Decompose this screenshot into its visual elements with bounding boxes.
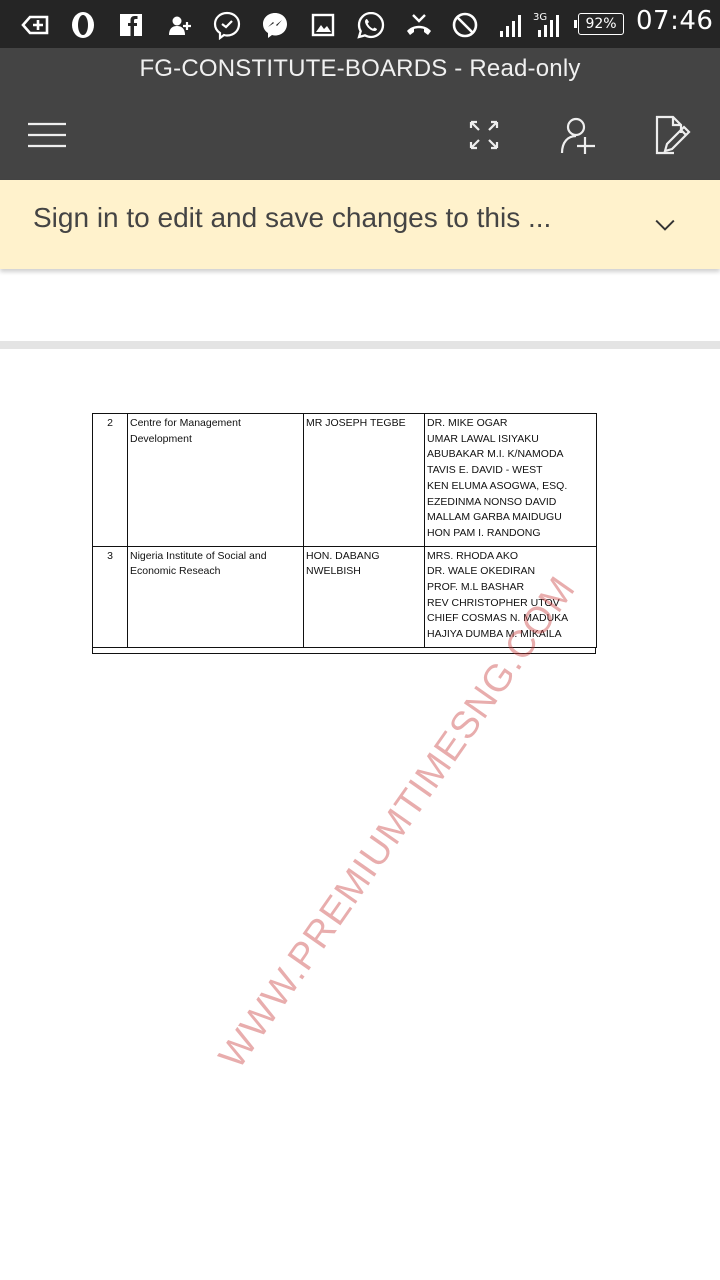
sign-in-message: Sign in to edit and save changes to this… [33, 202, 551, 234]
facebook-icon [114, 8, 148, 42]
edit-button[interactable] [645, 110, 695, 160]
chairman-cell: MR JOSEPH TEGBE [304, 414, 425, 547]
member-name: TAVIS E. DAVID - WEST [427, 463, 594, 479]
messenger-icon [258, 8, 292, 42]
page-separator [0, 341, 720, 349]
share-add-person-icon [556, 113, 600, 157]
gallery-icon [306, 8, 340, 42]
fullscreen-icon [462, 113, 506, 157]
chairman-cell: HON. DABANG NWELBISH [304, 546, 425, 647]
watermark: WWW.PREMIUMTIMESNG.COM [211, 626, 544, 1077]
signal-icon [494, 8, 528, 42]
opera-icon [66, 8, 100, 42]
organization-cell: Nigeria Institute of Social and Economic… [128, 546, 304, 647]
share-button[interactable] [553, 110, 603, 160]
member-name: UMAR LAWAL ISIYAKU [427, 432, 594, 448]
serial-number-cell: 2 [93, 414, 128, 547]
hamburger-icon [24, 113, 68, 157]
document-title: FG-CONSTITUTE-BOARDS - Read-only [0, 55, 720, 83]
member-name: DR. MIKE OGAR [427, 416, 594, 432]
menu-button[interactable] [21, 110, 71, 160]
do-not-disturb-icon [448, 8, 482, 42]
add-contact-icon [162, 8, 196, 42]
member-name: DR. WALE OKEDIRAN [427, 564, 594, 580]
battery-indicator: 92% [578, 13, 624, 35]
member-name: KEN ELUMA ASOGWA, ESQ. [427, 479, 594, 495]
expand-banner-button[interactable] [648, 208, 682, 242]
member-name: ABUBAKAR M.I. K/NAMODA [427, 447, 594, 463]
member-name: EZEDINMA NONSO DAVID [427, 495, 594, 511]
sign-in-banner[interactable]: Sign in to edit and save changes to this… [0, 180, 720, 269]
chevron-down-icon [650, 210, 680, 240]
organization-cell: Centre for Management Development [128, 414, 304, 547]
serial-number-cell: 3 [93, 546, 128, 647]
members-cell: DR. MIKE OGAR UMAR LAWAL ISIYAKU ABUBAKA… [425, 414, 597, 547]
member-name: MALLAM GARBA MAIDUGU [427, 510, 594, 526]
messenger-check-icon [210, 8, 244, 42]
table-row: 2 Centre for Management Development MR J… [93, 414, 597, 547]
missed-call-icon [402, 8, 436, 42]
edit-document-icon [648, 113, 692, 157]
status-bar: 3G 92% 07:46 [0, 0, 720, 48]
app-bar: FG-CONSTITUTE-BOARDS - Read-only [0, 48, 720, 180]
whatsapp-icon [354, 8, 388, 42]
member-name: MRS. RHODA AKO [427, 549, 594, 565]
add-tab-icon [18, 8, 52, 42]
member-name: HON PAM I. RANDONG [427, 526, 594, 542]
svg-text:3G: 3G [533, 12, 547, 23]
signal-3g-icon: 3G [530, 8, 564, 42]
clock: 07:46 [636, 6, 713, 36]
fullscreen-button[interactable] [459, 110, 509, 160]
